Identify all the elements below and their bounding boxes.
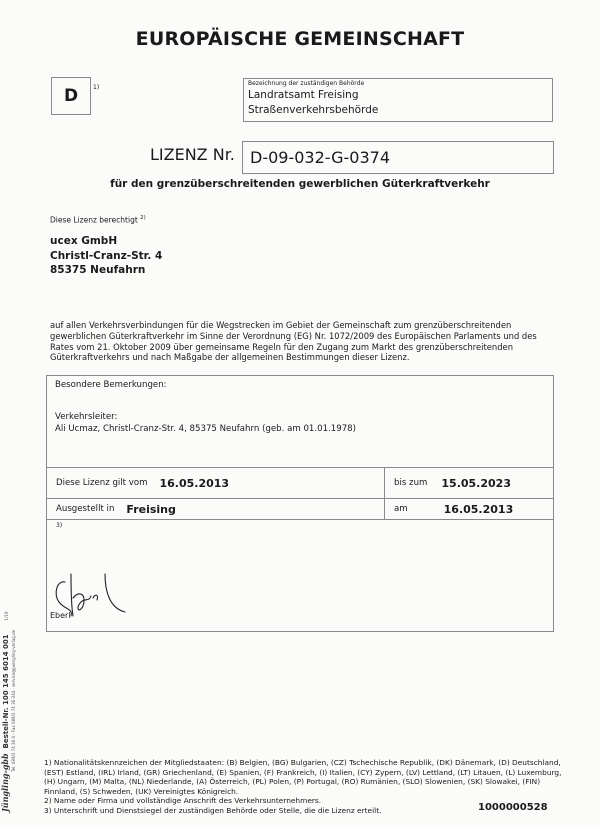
- legal-text: auf allen Verkehrsverbindungen für die W…: [50, 320, 560, 363]
- valid-from-label: Diese Lizenz gilt vom: [56, 478, 148, 488]
- authority-department: Straßenverkehrsbehörde: [248, 103, 548, 118]
- valid-to-value: 15.05.2023: [441, 477, 511, 490]
- printer-contact: Tel. 089/3 74 36-0 · Fax 089/3 74 36-344…: [11, 630, 16, 772]
- printer-order-number: Bestell-Nr. 100 145 6014 001: [2, 634, 10, 748]
- serial-number: 1000000528: [478, 802, 548, 813]
- signer-name: Eberl: [50, 611, 71, 620]
- valid-from-cell: Diese Lizenz gilt vom 16.05.2013: [47, 468, 385, 498]
- authority-box: Bezeichnung der zuständigen Behörde Land…: [243, 78, 553, 122]
- remarks-box: Besondere Bemerkungen: Verkehrsleiter: A…: [46, 375, 554, 467]
- transport-manager-value: Ali Ucmaz, Christl-Cranz-Str. 4, 85375 N…: [55, 424, 545, 434]
- printer-imprint: Jüngling-gbb Bestell-Nr. 100 145 6014 00…: [2, 611, 17, 812]
- holder-street: Christl-Cranz-Str. 4: [50, 249, 162, 264]
- issued-date-label: am: [394, 504, 408, 514]
- printer-form-code: 1/19: [4, 611, 9, 620]
- license-number-box: D-09-032-G-0374: [242, 141, 554, 174]
- issued-place-cell: Ausgestellt in Freising: [47, 499, 385, 519]
- valid-to-cell: bis zum 15.05.2023: [385, 468, 553, 498]
- remarks-heading: Besondere Bemerkungen:: [55, 380, 545, 390]
- validity-row: Diese Lizenz gilt vom 16.05.2013 bis zum…: [46, 467, 554, 498]
- document-title: EUROPÄISCHE GEMEINSCHAFT: [0, 28, 600, 50]
- authority-label: Bezeichnung der zuständigen Behörde: [248, 80, 548, 88]
- issued-place-label: Ausgestellt in: [56, 504, 114, 514]
- issued-date-cell: am 16.05.2013: [385, 499, 553, 519]
- authority-name: Landratsamt Freising: [248, 88, 548, 103]
- license-holder: ucex GmbH Christl-Cranz-Str. 4 85375 Neu…: [50, 234, 162, 278]
- holder-name: ucex GmbH: [50, 234, 162, 249]
- country-footnote-ref: 1): [93, 84, 99, 91]
- transport-manager-label: Verkehrsleiter:: [55, 412, 545, 422]
- country-code-box: D: [51, 77, 91, 115]
- country-code: D: [64, 86, 78, 106]
- issued-date-value: 16.05.2013: [444, 503, 514, 516]
- valid-to-label: bis zum: [394, 478, 427, 488]
- printer-brand: Jüngling-gbb: [0, 753, 10, 812]
- holder-footnote-ref: 2): [140, 215, 146, 221]
- license-number: D-09-032-G-0374: [250, 148, 390, 167]
- holder-label: Diese Lizenz berechtigt 2): [50, 215, 146, 225]
- issued-place-value: Freising: [126, 503, 176, 516]
- issued-row: Ausgestellt in Freising am 16.05.2013: [46, 498, 554, 519]
- footnote-1: 1) Nationalitätskennzeichen der Mitglied…: [44, 758, 564, 796]
- holder-city: 85375 Neufahrn: [50, 263, 162, 278]
- valid-from-value: 16.05.2013: [160, 477, 230, 490]
- license-subtitle: für den grenzüberschreitenden gewerblich…: [0, 178, 600, 190]
- signature-footnote-ref: 3): [56, 522, 544, 529]
- signature-box: 3) Eberl: [46, 519, 554, 632]
- license-number-label: LIZENZ Nr.: [150, 145, 235, 164]
